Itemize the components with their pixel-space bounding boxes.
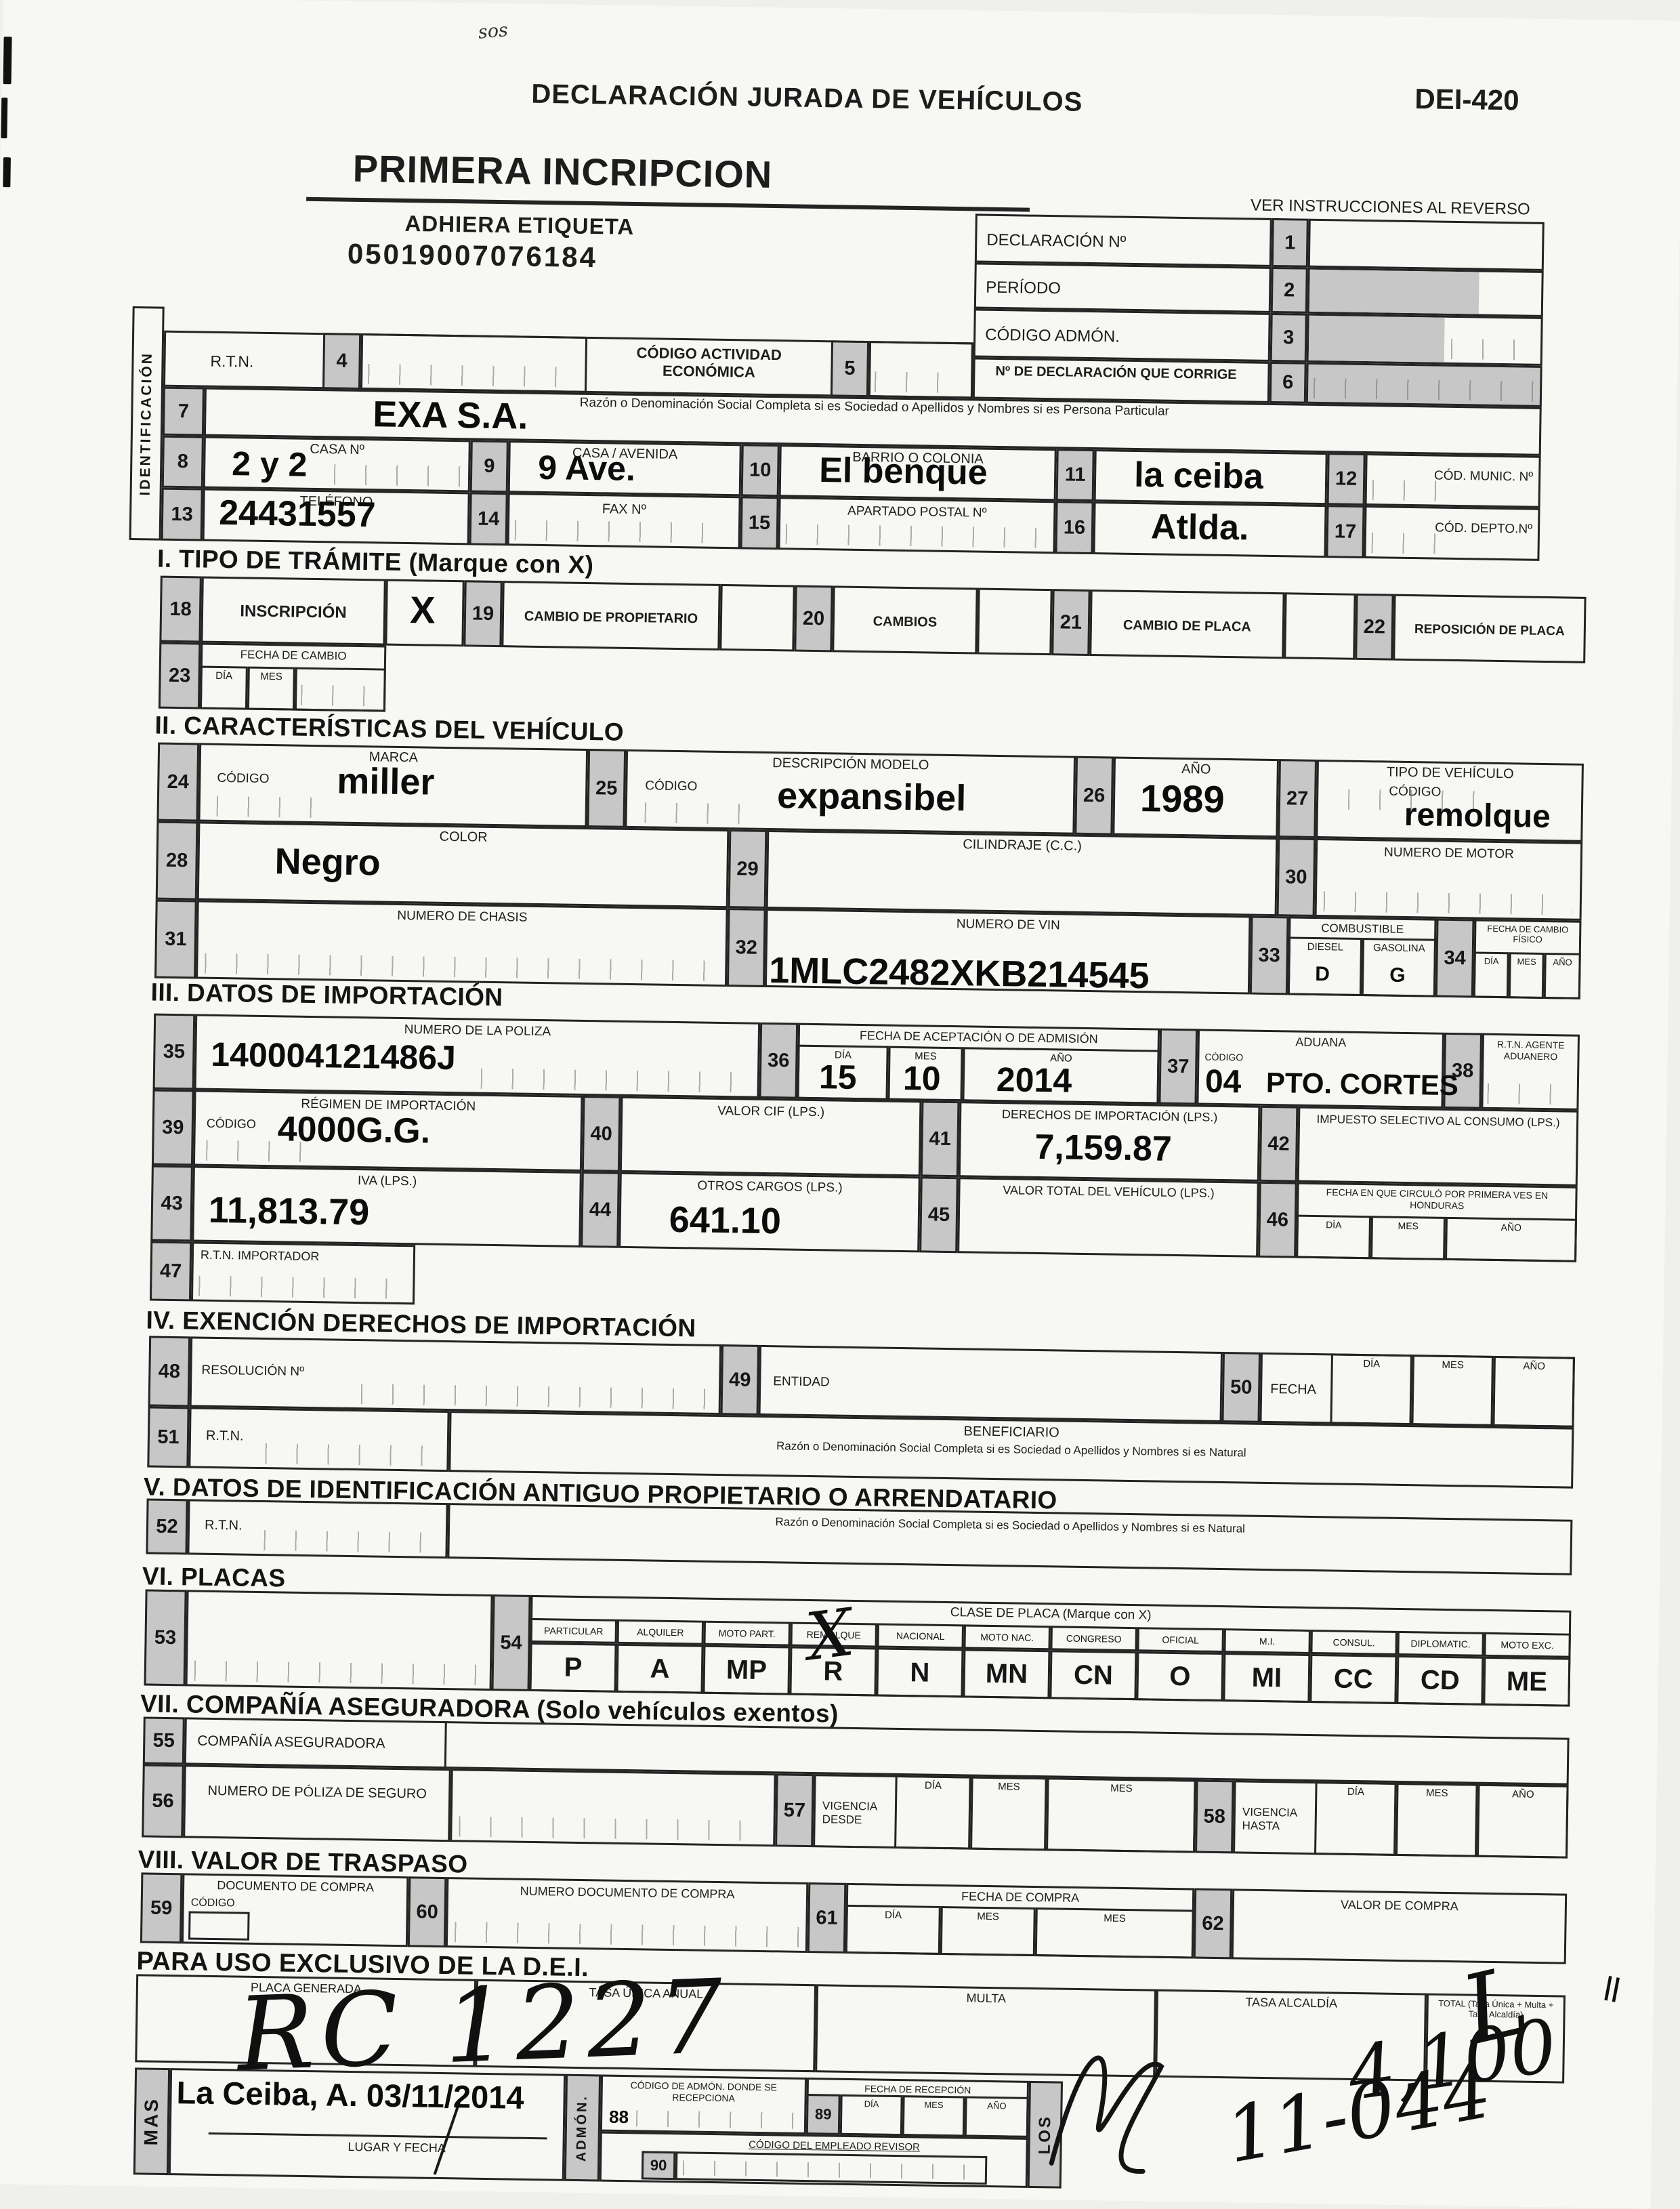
clase-col-code: CD bbox=[1396, 1655, 1484, 1706]
chasis-box: NUMERO DE CHASIS bbox=[196, 900, 728, 987]
multa-label: MULTA bbox=[818, 1989, 1154, 2008]
field-num-16: 16 bbox=[1055, 501, 1093, 554]
recep-dia-cell: DÍA bbox=[840, 2094, 903, 2136]
cambios-label: CAMBIOS bbox=[835, 613, 975, 632]
field-periodo-value bbox=[1307, 268, 1544, 317]
field-num-11: 11 bbox=[1056, 449, 1095, 501]
mes-label: MES bbox=[1426, 1788, 1448, 1799]
cambio-placa-label: CAMBIO DE PLACA bbox=[1092, 617, 1282, 636]
cif-label: VALOR CIF (LPS.) bbox=[623, 1102, 919, 1122]
modelo-label: DESCRIPCIÓN MODELO bbox=[628, 753, 1074, 776]
field-num-5: 5 bbox=[831, 340, 869, 397]
dia-label: DÍA bbox=[864, 2099, 879, 2109]
field-num-49: 49 bbox=[721, 1344, 760, 1416]
field-num-1: 1 bbox=[1272, 218, 1309, 268]
reposicion-box: REPOSICIÓN DE PLACA bbox=[1393, 594, 1586, 663]
color-value: Negro bbox=[274, 840, 381, 884]
field-declaracion-label: DECLARACIÓN Nº bbox=[975, 213, 1272, 266]
fecha-cambio-mes-cell: MES bbox=[247, 667, 295, 711]
poliza-seguro-label-box: NUMERO DE PÓLIZA DE SEGURO bbox=[183, 1764, 451, 1842]
sticker-label: ADHIERA ETIQUETA bbox=[404, 211, 634, 241]
num-42: 42 bbox=[1267, 1132, 1290, 1155]
clase-col-label: ALQUILER bbox=[617, 1619, 705, 1645]
clase-col-label: MOTO EXC. bbox=[1484, 1632, 1571, 1658]
field-num-33: 33 bbox=[1250, 916, 1289, 995]
num-57: 57 bbox=[784, 1799, 806, 1821]
placa-generada-handwritten: RC 1227 bbox=[235, 1958, 732, 2094]
field-num-47: 47 bbox=[150, 1241, 192, 1302]
municipio-value: la ceiba bbox=[1134, 455, 1264, 497]
field-num-48: 48 bbox=[148, 1336, 191, 1407]
section-heading-importacion: III. DATOS DE IMPORTACIÓN bbox=[150, 978, 503, 1012]
clase-code-text: CC bbox=[1334, 1664, 1373, 1695]
field-num-15: 15 bbox=[740, 496, 779, 550]
clase-col-code: MI bbox=[1223, 1653, 1310, 1703]
fecha-cambio-dia-cell: DÍA bbox=[200, 666, 248, 710]
rtn-label: R.T.N. bbox=[210, 352, 253, 371]
scan-edge-mark bbox=[1, 98, 7, 138]
casa-value: 2 y 2 bbox=[232, 444, 308, 484]
cilindraje-box: CILINDRAJE (C.C.) bbox=[766, 830, 1278, 916]
num-36: 36 bbox=[768, 1050, 790, 1072]
cod-admon-label: CÓDIGO ADMÓN. bbox=[985, 326, 1120, 347]
num-50: 50 bbox=[1230, 1376, 1253, 1399]
coddepto-label: CÓD. DEPTO.Nº bbox=[1435, 521, 1532, 538]
tipo-value: remolque bbox=[1404, 796, 1551, 835]
clase-code-text: A bbox=[650, 1653, 670, 1684]
hasta-mes-cell: MES bbox=[1395, 1783, 1478, 1857]
num-33: 33 bbox=[1258, 944, 1280, 966]
doc-compra-label: DOCUMENTO DE COMPRA bbox=[184, 1878, 406, 1895]
gasolina-label: GASOLINA bbox=[1373, 942, 1425, 954]
fecha-fisico-label: FECHA DE CAMBIO FÍSICO bbox=[1477, 924, 1578, 946]
field-num-58: 58 bbox=[1195, 1780, 1234, 1854]
identificacion-side-strip: IDENTIFICACIÓN bbox=[129, 306, 165, 541]
circ-dia-cell: DÍA bbox=[1296, 1215, 1371, 1260]
clase-code-text: N bbox=[910, 1657, 930, 1688]
diesel-label: DIESEL bbox=[1307, 941, 1344, 953]
field-num-52: 52 bbox=[146, 1498, 188, 1554]
field-corrige-value bbox=[1306, 363, 1542, 407]
field-codadmon-value bbox=[1307, 314, 1543, 366]
clase-label-text: OFICIAL bbox=[1162, 1634, 1199, 1646]
cambio-placa-box: CAMBIO DE PLACA bbox=[1089, 590, 1284, 659]
section-heading-vehiculo: II. CARACTERÍSTICAS DEL VEHÍCULO bbox=[154, 711, 624, 747]
clase-code-text: CD bbox=[1421, 1665, 1460, 1696]
vigencia-desde-label: VIGENCIA DESDE bbox=[822, 1799, 891, 1828]
num-27: 27 bbox=[1286, 787, 1309, 810]
num-40: 40 bbox=[590, 1123, 612, 1145]
form-subtitle: PRIMERA INCRIPCION bbox=[352, 146, 772, 197]
num-31: 31 bbox=[165, 928, 187, 950]
num-25: 25 bbox=[595, 777, 618, 800]
field-num-57: 57 bbox=[775, 1773, 814, 1847]
num-3: 3 bbox=[1283, 327, 1295, 349]
compra-mes-cell: MES bbox=[940, 1906, 1036, 1956]
cambio-prop-label: CAMBIO DE PROPIETARIO bbox=[504, 608, 718, 627]
num-5: 5 bbox=[844, 358, 856, 380]
field-num-27: 27 bbox=[1278, 759, 1317, 838]
num-47: 47 bbox=[160, 1260, 182, 1282]
actividad-label: CÓDIGO ACTIVIDAD ECONÓMICA bbox=[593, 344, 824, 382]
field-num-28: 28 bbox=[156, 821, 198, 901]
cambios-mark-cell bbox=[977, 588, 1052, 656]
clase-label-text: DIPLOMATIC. bbox=[1410, 1638, 1471, 1649]
aduana-codigo-value: 04 bbox=[1205, 1063, 1242, 1101]
dia-label: DÍA bbox=[1484, 956, 1499, 966]
subtitle-underline bbox=[306, 197, 1030, 212]
chasis-label: NUMERO DE CHASIS bbox=[198, 906, 726, 929]
field-corrige-label: Nº DE DECLARACIÓN QUE CORRIGE bbox=[973, 357, 1270, 402]
declaracion-label: DECLARACIÓN Nº bbox=[986, 231, 1127, 252]
field-num-24: 24 bbox=[156, 743, 199, 822]
tasa-alcaldia-label: TASA ALCALDÍA bbox=[1158, 1994, 1425, 2012]
instructions-note: VER INSTRUCCIONES AL REVERSO bbox=[1251, 196, 1530, 219]
firmas-side-label: MAS bbox=[140, 2097, 163, 2146]
compania-label: COMPAÑÍA ASEGURADORA bbox=[197, 1733, 385, 1753]
hasta-anio-cell: AÑO bbox=[1477, 1784, 1569, 1859]
acept-mes-value: 10 bbox=[903, 1058, 941, 1098]
num-32: 32 bbox=[735, 936, 757, 959]
field-codadmon-label: CÓDIGO ADMÓN. bbox=[973, 308, 1271, 361]
valor-compra-box: VALOR DE COMPRA bbox=[1232, 1888, 1567, 1964]
num-7: 7 bbox=[178, 400, 190, 423]
actividad-fill bbox=[868, 341, 973, 398]
otros-label: OTROS CARGOS (LPS.) bbox=[621, 1178, 918, 1197]
circ-mes-cell: MES bbox=[1370, 1216, 1446, 1260]
recep-mes-cell: MES bbox=[902, 2095, 965, 2136]
scan-edge-mark bbox=[3, 157, 11, 187]
num-24: 24 bbox=[167, 770, 189, 793]
total-flourish-handwritten: = bbox=[1587, 1968, 1639, 2010]
num-61: 61 bbox=[816, 1907, 838, 1929]
num-35: 35 bbox=[163, 1040, 186, 1062]
field-declaracion-value bbox=[1308, 219, 1545, 271]
field-num-31: 31 bbox=[154, 900, 197, 979]
field-num-53: 53 bbox=[144, 1589, 187, 1686]
corrige-label: Nº DE DECLARACIÓN QUE CORRIGE bbox=[995, 364, 1239, 384]
circulo-label: FECHA EN QUE CIRCULÓ POR PRIMERA VES EN … bbox=[1300, 1186, 1574, 1213]
ffis-mes-cell: MES bbox=[1509, 952, 1545, 999]
field-num-61: 61 bbox=[807, 1882, 847, 1954]
firmas-side-strip: MAS bbox=[133, 2067, 170, 2175]
mes-label: MES bbox=[977, 1911, 999, 1922]
remolque-handwritten-x: X bbox=[802, 1594, 858, 1676]
tipo-label: TIPO DE VEHÍCULO bbox=[1319, 764, 1582, 783]
poliza-value: 140004121486J bbox=[211, 1035, 456, 1077]
numdoc-box: NUMERO DOCUMENTO DE COMPRA bbox=[446, 1877, 808, 1953]
num-37: 37 bbox=[1167, 1055, 1190, 1077]
desde-dia-cell: DÍA bbox=[894, 1775, 971, 1850]
field-num-13: 13 bbox=[161, 488, 203, 541]
inscripcion-label: INSCRIPCIÓN bbox=[203, 602, 383, 623]
field-num-62: 62 bbox=[1194, 1888, 1233, 1959]
recep-anio-cell: AÑO bbox=[965, 2097, 1029, 2138]
mes-label: MES bbox=[1517, 956, 1536, 966]
num-19: 19 bbox=[472, 602, 495, 625]
anio-value: 1989 bbox=[1140, 776, 1225, 821]
mes-label: MES bbox=[1104, 1913, 1126, 1924]
num-20: 20 bbox=[803, 607, 825, 629]
field-num-14: 14 bbox=[469, 492, 508, 545]
poliza-seguro-label: NUMERO DE PÓLIZA DE SEGURO bbox=[206, 1783, 428, 1802]
cod-admon-recep-box: CÓDIGO DE ADMÓN. DONDE SE RECEPCIONA 88 bbox=[600, 2075, 807, 2135]
num-41: 41 bbox=[929, 1128, 951, 1150]
exencion-rtn-label: R.T.N. bbox=[206, 1428, 244, 1445]
field-num-41: 41 bbox=[921, 1100, 960, 1177]
clase-label-text: MOTO PART. bbox=[719, 1628, 776, 1639]
clase-col-label: OFICIAL bbox=[1137, 1627, 1224, 1653]
exen-dia-cell: DÍA bbox=[1330, 1353, 1412, 1425]
field-num-3: 3 bbox=[1270, 313, 1307, 363]
field-num-12: 12 bbox=[1327, 453, 1366, 505]
exen-mes-cell: MES bbox=[1411, 1355, 1494, 1426]
valor-compra-label: VALOR DE COMPRA bbox=[1234, 1896, 1565, 1915]
modelo-value: expansibel bbox=[777, 775, 967, 819]
exencion-rtn-box: R.T.N. bbox=[188, 1407, 449, 1472]
field-num-46: 46 bbox=[1258, 1182, 1297, 1258]
field-num-19: 19 bbox=[463, 580, 502, 647]
num-60: 60 bbox=[416, 1901, 438, 1923]
admon-side-strip: ADMÓN. bbox=[564, 2074, 601, 2182]
num-45: 45 bbox=[928, 1203, 950, 1226]
cod-admon-recep-label: CÓDIGO DE ADMÓN. DONDE SE RECEPCIONA bbox=[605, 2080, 801, 2105]
identificacion-side-label: IDENTIFICACIÓN bbox=[138, 351, 156, 495]
doc-codigo-cell bbox=[188, 1911, 250, 1940]
entidad-label: ENTIDAD bbox=[773, 1374, 830, 1390]
depto-value: Atlda. bbox=[1151, 506, 1249, 548]
regimen-value: 4000G.G. bbox=[277, 1109, 430, 1151]
clase-col-label: CONGRESO bbox=[1050, 1626, 1137, 1651]
num-89: 89 bbox=[815, 2105, 832, 2123]
num-62: 62 bbox=[1202, 1912, 1224, 1935]
circ-anio-cell: AÑO bbox=[1445, 1217, 1577, 1262]
clase-label-text: CONSUL. bbox=[1332, 1636, 1374, 1648]
cilindraje-label: CILINDRAJE (C.C.) bbox=[769, 834, 1276, 858]
clase-label-text: PARTICULAR bbox=[544, 1625, 604, 1636]
acept-anio-value: 2014 bbox=[996, 1060, 1072, 1100]
exencion-fecha-label: FECHA bbox=[1270, 1382, 1316, 1399]
diesel-code: D bbox=[1315, 963, 1330, 986]
clase-col-code: CN bbox=[1049, 1650, 1137, 1700]
dia-label: DÍA bbox=[1326, 1219, 1342, 1230]
fill-ticks bbox=[1314, 378, 1534, 402]
acept-dia-value: 15 bbox=[819, 1057, 857, 1097]
clase-col-label: MOTO PART. bbox=[704, 1621, 791, 1647]
doc-codigo-label: CÓDIGO bbox=[191, 1897, 235, 1911]
anio-label: AÑO bbox=[1500, 1222, 1521, 1233]
num-1: 1 bbox=[1284, 232, 1296, 254]
num-43: 43 bbox=[161, 1192, 183, 1214]
sticker-number: 05019007076184 bbox=[348, 237, 598, 274]
regimen-codigo-label: CÓDIGO bbox=[207, 1117, 256, 1132]
ffis-anio-cell: AÑO bbox=[1544, 953, 1581, 999]
num-39: 39 bbox=[162, 1116, 184, 1138]
page-title: DECLARACIÓN JURADA DE VEHÍCULOS bbox=[531, 79, 1083, 119]
vin-value: 1MLC2482XKB214545 bbox=[769, 949, 1150, 997]
importador-label: R.T.N. IMPORTADOR bbox=[201, 1248, 320, 1264]
num-26: 26 bbox=[1083, 784, 1106, 806]
ffis-dia-cell: DÍA bbox=[1473, 951, 1509, 998]
entidad-box: ENTIDAD bbox=[759, 1345, 1223, 1422]
exen-anio-cell: AÑO bbox=[1492, 1356, 1575, 1428]
anio-label: AÑO bbox=[987, 2101, 1006, 2111]
clase-code-text: P bbox=[564, 1652, 582, 1682]
num-48: 48 bbox=[159, 1360, 181, 1382]
agente-box: R.T.N. AGENTE ADUANERO bbox=[1481, 1033, 1580, 1111]
field-num-21: 21 bbox=[1051, 589, 1090, 656]
desde-mes2-cell: MES bbox=[1046, 1777, 1196, 1853]
fecha-compra-label: FECHA DE COMPRA bbox=[848, 1888, 1192, 1907]
num-4: 4 bbox=[336, 350, 348, 372]
mes-label: MES bbox=[924, 2100, 943, 2110]
empleado-fill bbox=[675, 2151, 988, 2185]
anio-label: AÑO bbox=[1523, 1361, 1545, 1372]
field-num-34: 34 bbox=[1435, 919, 1475, 998]
clase-col-code: P bbox=[529, 1643, 616, 1693]
hasta-dia-cell: DÍA bbox=[1314, 1781, 1397, 1856]
field-num-37: 37 bbox=[1158, 1029, 1198, 1105]
field-num-17: 17 bbox=[1326, 505, 1364, 558]
clase-label-text: MOTO NAC. bbox=[980, 1632, 1034, 1643]
mes-label: MES bbox=[998, 1781, 1020, 1792]
clase-col-code: MN bbox=[963, 1649, 1050, 1699]
fecha-cambio-fill bbox=[295, 667, 386, 712]
num-30: 30 bbox=[1285, 866, 1307, 888]
num-46: 46 bbox=[1267, 1208, 1289, 1231]
field-num-35: 35 bbox=[153, 1014, 196, 1090]
field-num-6: 6 bbox=[1269, 362, 1307, 404]
aceptacion-label: FECHA DE ACEPTACIÓN O DE ADMISIÓN bbox=[800, 1028, 1158, 1048]
motor-box: NUMERO DE MOTOR bbox=[1315, 838, 1583, 921]
clase-label-text: MOTO EXC. bbox=[1500, 1639, 1554, 1651]
rtn-fill bbox=[360, 333, 587, 393]
clase-col-code: O bbox=[1136, 1651, 1223, 1701]
dia-label: DÍA bbox=[885, 1909, 902, 1921]
fax-label: FAX Nº bbox=[509, 500, 738, 520]
num-90: 90 bbox=[650, 2157, 667, 2174]
num-13: 13 bbox=[171, 503, 193, 525]
marca-codigo-label: CÓDIGO bbox=[217, 771, 269, 787]
num-9: 9 bbox=[484, 455, 495, 478]
num-15: 15 bbox=[749, 512, 771, 534]
num-29: 29 bbox=[736, 858, 759, 880]
num-23: 23 bbox=[169, 664, 191, 686]
dia-label: DÍA bbox=[215, 670, 232, 682]
num-10: 10 bbox=[749, 459, 772, 482]
field-num-22: 22 bbox=[1355, 594, 1393, 661]
clase-code-text: CN bbox=[1074, 1659, 1113, 1691]
num-54: 54 bbox=[500, 1632, 522, 1654]
clase-col-label: DIPLOMATIC. bbox=[1397, 1631, 1484, 1657]
field-num-45: 45 bbox=[919, 1176, 959, 1253]
field-num-44: 44 bbox=[581, 1172, 620, 1248]
field-num-56: 56 bbox=[142, 1764, 184, 1838]
vigencia-hasta-label: VIGENCIA HASTA bbox=[1242, 1806, 1310, 1834]
compra-mes2-cell: MES bbox=[1035, 1907, 1194, 1958]
valor-total-label: VALOR TOTAL DEL VEHÍCULO (LPS.) bbox=[960, 1182, 1257, 1201]
anio-label: AÑO bbox=[1553, 957, 1572, 967]
num-14: 14 bbox=[478, 508, 500, 530]
field-num-26: 26 bbox=[1074, 756, 1114, 835]
num-34: 34 bbox=[1444, 947, 1466, 969]
field-num-20: 20 bbox=[794, 585, 833, 653]
poliza-seguro-fill bbox=[450, 1769, 776, 1846]
shaded-area bbox=[1309, 316, 1445, 363]
field-num-89: 89 bbox=[806, 2094, 841, 2135]
inscripcion-box: INSCRIPCIÓN bbox=[201, 577, 385, 646]
periodo-label: PERÍODO bbox=[986, 278, 1061, 299]
vin-label: NUMERO DE VIN bbox=[768, 914, 1248, 936]
razon-value: EXA S.A. bbox=[373, 393, 528, 437]
combustible-label: COMBUSTIBLE bbox=[1290, 921, 1434, 936]
num-2: 2 bbox=[1284, 279, 1295, 302]
admon-side-label: ADMÓN. bbox=[574, 2094, 591, 2161]
cambio-prop-mark-cell bbox=[719, 584, 795, 652]
num-59: 59 bbox=[150, 1897, 173, 1919]
field-num-10: 10 bbox=[741, 444, 780, 497]
num-51: 51 bbox=[157, 1426, 180, 1448]
field-num-25: 25 bbox=[587, 749, 626, 828]
num-56: 56 bbox=[152, 1790, 174, 1812]
field-num-39: 39 bbox=[152, 1090, 194, 1166]
section-heading-placas: VI. PLACAS bbox=[142, 1562, 286, 1592]
field-num-7: 7 bbox=[163, 387, 205, 436]
clase-code-text: O bbox=[1169, 1661, 1191, 1691]
agente-label: R.T.N. AGENTE ADUANERO bbox=[1485, 1039, 1576, 1062]
clase-code-text: MI bbox=[1251, 1662, 1282, 1693]
iva-value: 11,813.79 bbox=[208, 1189, 369, 1234]
clase-col-label: PARTICULAR bbox=[530, 1618, 618, 1644]
numdoc-label: NUMERO DOCUMENTO DE COMPRA bbox=[448, 1883, 806, 1903]
desde-mes-cell: MES bbox=[970, 1777, 1047, 1851]
field-num-50: 50 bbox=[1221, 1352, 1261, 1423]
cambio-placa-mark-cell bbox=[1284, 592, 1356, 660]
field-num-43: 43 bbox=[150, 1165, 193, 1242]
otros-value: 641.10 bbox=[669, 1199, 781, 1242]
codmunic-label: CÓD. MUNIC. Nº bbox=[1434, 469, 1534, 486]
cif-box: VALOR CIF (LPS.) bbox=[620, 1096, 922, 1177]
scanned-form-sheet: sos DECLARACIÓN JURADA DE VEHÍCULOS DEI-… bbox=[0, 0, 1680, 2188]
num-88: 88 bbox=[609, 2107, 629, 2128]
telefono-value: 24431557 bbox=[219, 493, 376, 535]
derechos-label: DERECHOS DE IMPORTACIÓN (LPS.) bbox=[961, 1107, 1258, 1126]
clase-col-code: N bbox=[876, 1648, 963, 1698]
clase-col-code: ME bbox=[1483, 1657, 1570, 1707]
num-52: 52 bbox=[156, 1515, 178, 1537]
fecha-cambio-label: FECHA DE CAMBIO bbox=[203, 648, 384, 664]
field-num-90: 90 bbox=[642, 2151, 676, 2180]
clase-label-text: ALQUILER bbox=[637, 1626, 684, 1638]
num-49: 49 bbox=[729, 1369, 751, 1391]
fill-ticks bbox=[1451, 339, 1535, 360]
coddepto-box: CÓD. DEPTO.Nº bbox=[1364, 505, 1540, 561]
compra-dia-cell: DÍA bbox=[845, 1905, 941, 1955]
field-num-18: 18 bbox=[159, 576, 201, 643]
clase-code-text: ME bbox=[1507, 1666, 1548, 1697]
antiguo-rtn-label: R.T.N. bbox=[205, 1518, 243, 1534]
num-28: 28 bbox=[166, 849, 188, 871]
antiguo-hint: Razón o Denominación Social Completa si … bbox=[450, 1510, 1570, 1541]
avenida-value: 9 Ave. bbox=[538, 448, 635, 489]
num-12: 12 bbox=[1335, 468, 1358, 490]
clase-col-label: MOTO NAC. bbox=[963, 1624, 1051, 1650]
mes-label: MES bbox=[1442, 1359, 1464, 1371]
clase-label-text: CONGRESO bbox=[1066, 1633, 1122, 1645]
num-55: 55 bbox=[152, 1729, 175, 1752]
dia-label: DÍA bbox=[1363, 1358, 1380, 1369]
field-num-30: 30 bbox=[1277, 838, 1316, 917]
